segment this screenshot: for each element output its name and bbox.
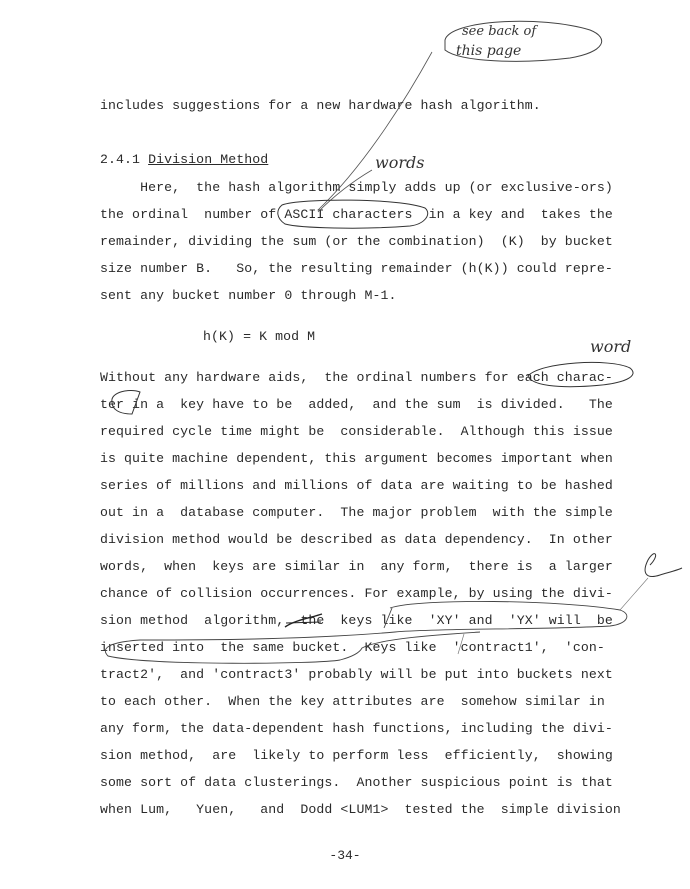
text-line: chance of collision occurrences. For exa… [100, 586, 616, 602]
text-line: division method would be described as da… [100, 532, 616, 548]
margin-mark [645, 554, 682, 577]
text-line: inserted into the same bucket. Keys like… [100, 640, 616, 656]
text-line: out in a database computer. The major pr… [100, 505, 616, 521]
text-line: some sort of data clusterings. Another s… [100, 775, 616, 791]
text-line: the ordinal number of ASCII characters i… [100, 207, 616, 223]
text-line: series of millions and millions of data … [100, 478, 616, 494]
formula: h(K) = K mod M [203, 329, 690, 345]
text-line: size number B. So, the resulting remaind… [100, 261, 616, 277]
text-line: required cycle time might be considerabl… [100, 424, 616, 440]
section-heading: 2.4.1 Division Method [100, 152, 616, 168]
document-page: includes suggestions for a new hardware … [0, 0, 690, 889]
text-line: is quite machine dependent, this argumen… [100, 451, 616, 467]
page-number: -34- [0, 848, 690, 863]
text-line: ter in a key have to be added, and the s… [100, 397, 616, 413]
text-line: sion method, are likely to perform less … [100, 748, 616, 764]
section-number: 2.4.1 [100, 152, 140, 167]
text-line: to each other. When the key attributes a… [100, 694, 616, 710]
note-line-1: see back of [462, 24, 538, 39]
intro-line: includes suggestions for a new hardware … [100, 98, 616, 114]
text-line: Without any hardware aids, the ordinal n… [100, 370, 616, 386]
text-line: when Lum, Yuen, and Dodd <LUM1> tested t… [100, 802, 616, 818]
text-line: sion method algorithm, the keys like 'XY… [100, 613, 616, 629]
text-line: remainder, dividing the sum (or the comb… [100, 234, 616, 250]
section-title: Division Method [148, 152, 268, 167]
see-back-note: see back of this page [445, 21, 602, 61]
text-line: tract2', and 'contract3' probably will b… [100, 667, 616, 683]
note-line-2: this page [456, 43, 521, 59]
text-line: any form, the data-dependent hash functi… [100, 721, 616, 737]
text-line: Here, the hash algorithm simply adds up … [100, 180, 616, 196]
text-line: sent any bucket number 0 through M-1. [100, 288, 616, 304]
text-line: words, when keys are similar in any form… [100, 559, 616, 575]
